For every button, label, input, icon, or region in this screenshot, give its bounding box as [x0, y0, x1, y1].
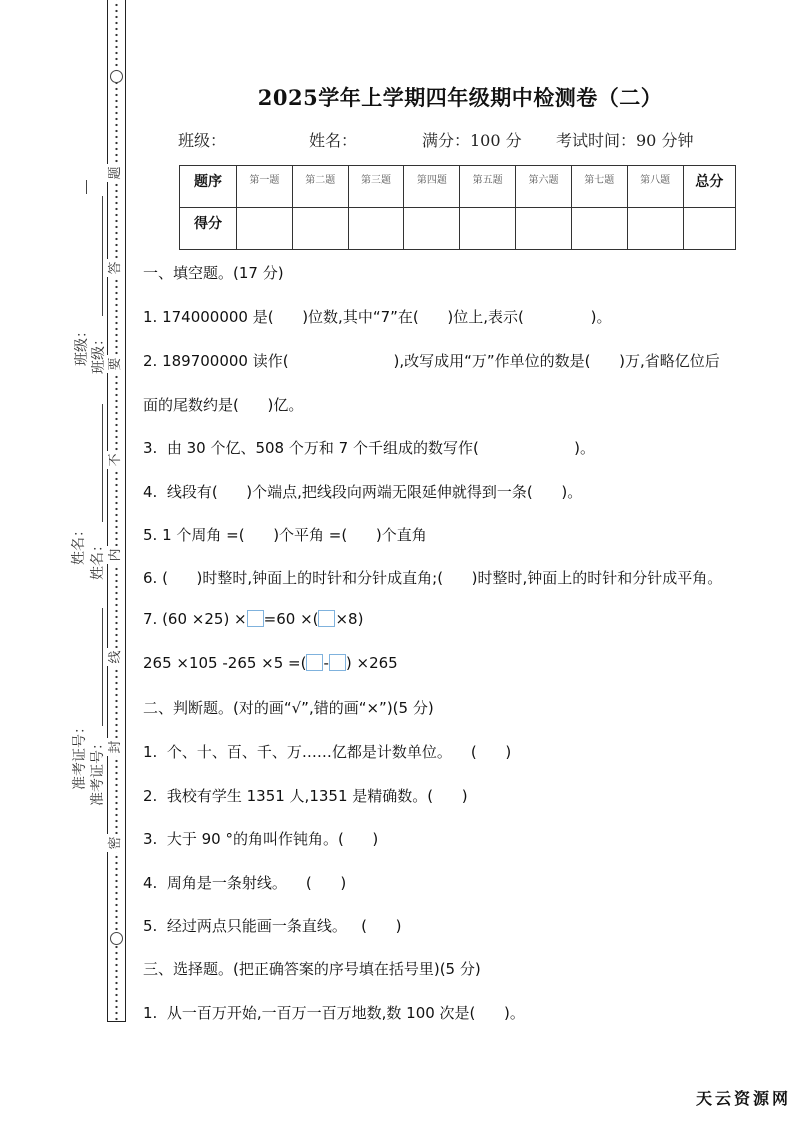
choice-item: 1. 从一百万开始,一百万一百万地数,数 100 次是( )。	[143, 1002, 525, 1023]
row-header: 得分	[180, 208, 237, 250]
answer-box[interactable]	[306, 654, 323, 671]
side-exam-id-label: 准考证号：	[69, 720, 89, 790]
question: 2. 189700000 读作( ),改写成用“万”作单位的数是( )万,省略亿…	[143, 350, 720, 371]
question: 5. 1 个周角 =( )个平角 =( )个直角	[143, 524, 427, 545]
class-fill-line	[102, 196, 103, 316]
binding-mark: 答	[107, 259, 125, 277]
score-cell[interactable]	[571, 208, 627, 250]
question: 1. 174000000 是( )位数,其中“7”在( )位上,表示( )。	[143, 306, 611, 327]
question-continuation: 面的尾数约是( )亿。	[143, 394, 303, 415]
binding-hole-icon	[110, 70, 123, 83]
score-cell[interactable]	[237, 208, 293, 250]
expr-text: 265 ×105 -265 ×5 =(	[143, 654, 306, 672]
side-name-label: 姓名：	[68, 523, 88, 565]
expr-text: ×8)	[335, 610, 363, 628]
column-header: 第二题	[292, 166, 348, 208]
question: 6. ( )时整时,钟面上的时针和分针成直角;( )时整时,钟面上的时针和分针成…	[143, 567, 722, 588]
expr-text: =60 ×(	[264, 610, 319, 628]
row-header: 题序	[180, 166, 237, 208]
judgement-item: 3. 大于 90 °的角叫作钝角。( )	[143, 828, 378, 849]
score-row: 得分	[180, 208, 736, 250]
binding-hole-icon	[110, 932, 123, 945]
binding-mark: 线	[107, 648, 125, 666]
score-cell[interactable]	[404, 208, 460, 250]
name-fill-line	[102, 404, 103, 522]
exam-id-fill-line	[102, 608, 103, 726]
column-header: 第五题	[460, 166, 516, 208]
name-label: 姓名：	[309, 128, 357, 151]
score-table: 题序 第一题 第二题 第三题 第四题 第五题 第六题 第七题 第八题 总分 得分	[179, 165, 736, 250]
column-header: 第六题	[516, 166, 572, 208]
column-header: 第三题	[348, 166, 404, 208]
side-exam-id-label: 准考证号：	[87, 736, 107, 806]
binding-mark: 题	[107, 164, 125, 182]
side-class-label: 班级：	[88, 332, 108, 374]
watermark-logo: 天云资源网	[696, 1086, 791, 1109]
column-header: 第七题	[571, 166, 627, 208]
binding-mark: 内	[107, 546, 125, 564]
question-order-row: 题序 第一题 第二题 第三题 第四题 第五题 第六题 第七题 第八题 总分	[180, 166, 736, 208]
side-fill-line	[86, 180, 87, 194]
question: 4. 线段有( )个端点,把线段向两端无限延伸就得到一条( )。	[143, 481, 582, 502]
binding-mark: 要	[107, 355, 125, 373]
binding-mark: 封	[107, 738, 125, 756]
score-cell[interactable]	[627, 208, 683, 250]
total-header: 总分	[683, 166, 736, 208]
question: 3. 由 30 个亿、508 个万和 7 个千组成的数写作( )。	[143, 437, 595, 458]
section-heading: 二、判断题。(对的画“√”,错的画“×”)(5 分)	[143, 697, 434, 718]
column-header: 第八题	[627, 166, 683, 208]
dotted-cut-line	[108, 0, 125, 1021]
judgement-item: 4. 周角是一条射线。 ( )	[143, 872, 346, 893]
judgement-item: 1. 个、十、百、千、万……亿都是计数单位。 ( )	[143, 741, 511, 762]
question-7-line2: 265 ×105 -265 ×5 =(-) ×265	[143, 654, 398, 672]
section-heading: 一、填空题。(17 分)	[143, 262, 284, 283]
expr-text: ) ×265	[346, 654, 398, 672]
binding-mark: 密	[107, 834, 125, 852]
class-label: 班级：	[178, 128, 226, 151]
column-header: 第四题	[404, 166, 460, 208]
exam-time: 考试时间：90 分钟	[556, 128, 693, 151]
side-name-label: 姓名：	[87, 538, 107, 580]
exam-title: 2025学年上学期四年级期中检测卷（二）	[150, 82, 770, 112]
section-heading: 三、选择题。(把正确答案的序号填在括号里)(5 分)	[143, 958, 481, 979]
answer-box[interactable]	[318, 610, 335, 627]
binding-strip: 题 答 要 不 内 线 封 密	[107, 0, 126, 1022]
answer-box[interactable]	[329, 654, 346, 671]
score-cell[interactable]	[292, 208, 348, 250]
score-cell[interactable]	[460, 208, 516, 250]
judgement-item: 5. 经过两点只能画一条直线。 ( )	[143, 915, 401, 936]
score-cell[interactable]	[348, 208, 404, 250]
judgement-item: 2. 我校有学生 1351 人,1351 是精确数。( )	[143, 785, 468, 806]
answer-box[interactable]	[247, 610, 264, 627]
score-cell[interactable]	[516, 208, 572, 250]
column-header: 第一题	[237, 166, 293, 208]
full-score: 满分：100 分	[422, 128, 522, 151]
total-score-cell[interactable]	[683, 208, 736, 250]
expr-text: 7. (60 ×25) ×	[143, 610, 247, 628]
binding-mark: 不	[107, 451, 125, 469]
question-7-line1: 7. (60 ×25) ×=60 ×(×8)	[143, 610, 363, 628]
